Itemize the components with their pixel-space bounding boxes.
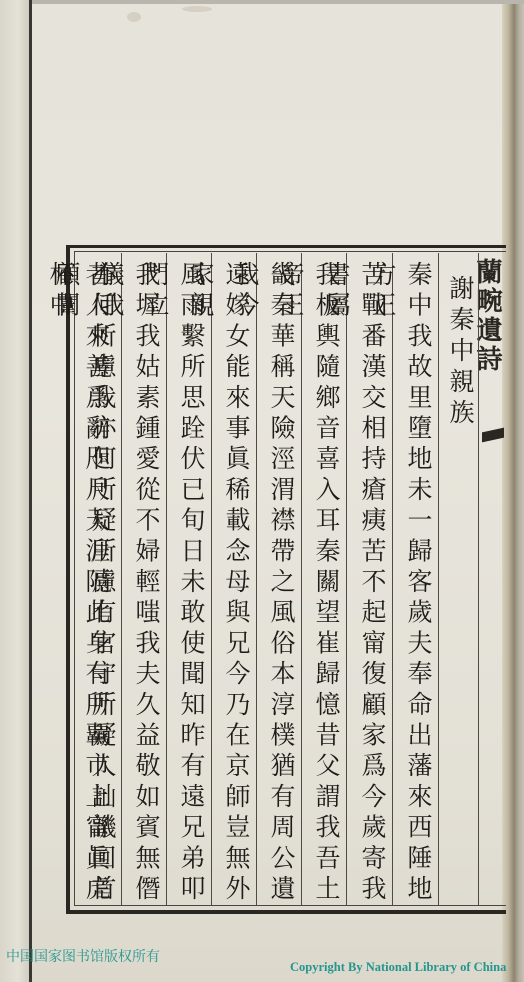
frame-border-top <box>66 245 506 248</box>
watermark-chinese: 中国国家图书馆版权所有 <box>6 946 160 966</box>
frame-border-left-inner <box>74 251 75 906</box>
text-column-9: 者人來善爲辭咫尺天涯隔此身有所覊市上甯眞虎杯中 <box>78 261 114 911</box>
text-column-6: 風雨繫所思跧伏已旬日未敢使聞知昨有遠兄弟叩門立 <box>173 261 209 911</box>
column-rule <box>346 253 347 905</box>
column-rule <box>166 253 167 905</box>
paper-stain <box>182 6 212 12</box>
text-column-2: 苦戰番漢交相持瘡痍苦不起甯復顧家爲今歲寄我書屬 <box>354 261 390 911</box>
column-rule <box>478 253 479 905</box>
column-rule <box>438 253 439 905</box>
paper-stain <box>127 12 141 22</box>
text-column-5: 遠嫁女能來事眞稀載念母與兄今乃在京師豈無外家親 <box>218 261 254 911</box>
frame-border-left <box>66 245 70 914</box>
watermark-english: Copyright By National Library of China <box>290 960 506 975</box>
text-frame: 謝秦中親族 秦中我故里墮地未一歸客歲夫奉命出藩來西陲地方正 苦戰番漢交相持瘡痍苦… <box>66 245 506 915</box>
text-column-4: 畿秦華稱天險涇渭襟帶之風俗本淳樸猶有周公遺我今 <box>263 261 299 911</box>
column-rule <box>256 253 257 905</box>
column-rule <box>392 253 393 905</box>
previous-page-edge <box>0 0 30 982</box>
frame-border-top-inner <box>74 251 506 252</box>
column-rule <box>211 253 212 905</box>
text-column-1: 秦中我故里墮地未一歸客歲夫奉命出藩來西陲地方正 <box>400 261 436 911</box>
poem-title: 謝秦中親族 <box>442 275 478 925</box>
column-rule <box>121 253 122 905</box>
text-column-3: 我板輿隨鄉音喜入耳秦關望崔歸憶昔父謂我吾土帝王 <box>308 261 344 911</box>
column-rule <box>301 253 302 905</box>
text-column-7: 我墀我姑素鍾愛從不婦輕嗤我夫久益敬如賓無僭儀我 <box>128 261 164 911</box>
